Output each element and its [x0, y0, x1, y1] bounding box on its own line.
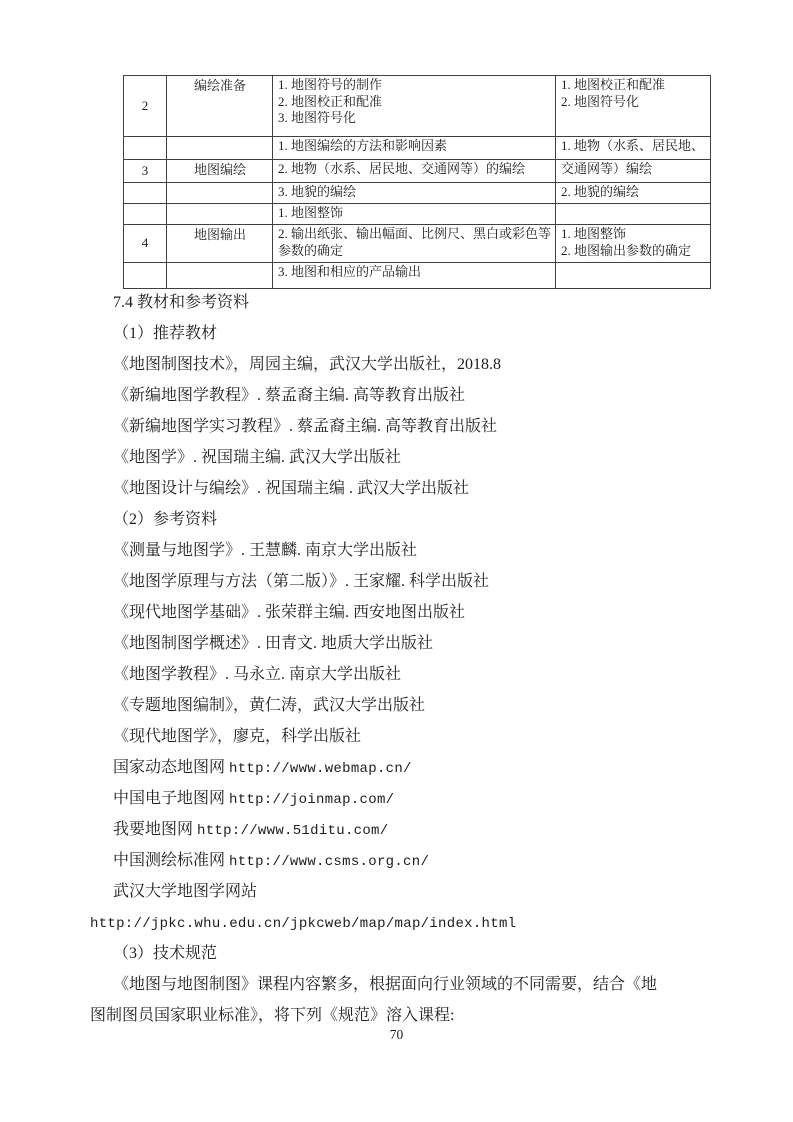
- reference-item: 《地图设计与编绘》. 祝国瑞主编 . 武汉大学出版社: [90, 473, 705, 504]
- cell-category: 地图输出: [167, 225, 273, 263]
- subsection-heading-1: （1）推荐教材: [90, 318, 705, 349]
- table-row: 2编绘准备1. 地图符号的制作 2. 地图校正和配准 3. 地图符号化1. 地图…: [124, 76, 711, 137]
- reference-item: 《新编地图学实习教程》. 蔡孟裔主编. 高等教育出版社: [90, 411, 705, 442]
- reference-item-text: 《新编地图学实习教程》. 蔡孟裔主编. 高等教育出版社: [113, 418, 497, 435]
- cell-skill-requirements: 1. 地物（水系、居民地、: [556, 137, 711, 160]
- cell-index: 4: [124, 225, 167, 263]
- reference-item-text: 《地图学原理与方法（第二版）》. 王家耀. 科学出版社: [113, 573, 489, 590]
- table-row: 3. 地貌的编绘2. 地貌的编绘: [124, 183, 711, 204]
- cell-skill-requirements: [556, 204, 711, 225]
- table-row: 3地图编绘2. 地物（水系、居民地、交通网等）的编绘交通网等）编绘: [124, 160, 711, 183]
- reference-item-text: 《测量与地图学》. 王慧麟. 南京大学出版社: [113, 542, 417, 559]
- url-text: http://www.51ditu.com/: [197, 823, 388, 839]
- url-text: http://www.csms.org.cn/: [229, 854, 429, 870]
- website-line-text: 武汉大学地图学网站: [113, 883, 257, 900]
- paragraph-line-text: 《地图与地图制图》课程内容繁多，根据面向行业领域的不同需要，结合《地: [113, 976, 657, 993]
- website-line: 我要地图网 http://www.51ditu.com/: [90, 814, 705, 845]
- website-line-text: 国家动态地图网: [113, 759, 229, 776]
- cell-work-tasks: 1. 地图编绘的方法和影响因素: [273, 137, 556, 160]
- cell-index: [124, 183, 167, 204]
- subsection-heading-3: （3）技术规范: [90, 938, 705, 969]
- reference-item: 《专题地图编制》，黄仁涛，武汉大学出版社: [90, 690, 705, 721]
- cell-skill-requirements: 1. 地图整饰 2. 地图输出参数的确定: [556, 225, 711, 263]
- cell-skill-requirements: 1. 地图校正和配准 2. 地图符号化: [556, 76, 711, 137]
- reference-item: 《地图学原理与方法（第二版）》. 王家耀. 科学出版社: [90, 566, 705, 597]
- website-line: http://jpkc.whu.edu.cn/jpkcweb/map/map/i…: [90, 907, 705, 938]
- subsection-heading-3-text: （3）技术规范: [113, 945, 217, 962]
- cell-category: [167, 263, 273, 289]
- reference-item: 《地图制图学概述》. 田青文. 地质大学出版社: [90, 628, 705, 659]
- website-line: 国家动态地图网 http://www.webmap.cn/: [90, 752, 705, 783]
- course-content-table-body: 2编绘准备1. 地图符号的制作 2. 地图校正和配准 3. 地图符号化1. 地图…: [124, 76, 711, 289]
- cell-work-tasks: 2. 地物（水系、居民地、交通网等）的编绘: [273, 160, 556, 183]
- website-line: 中国电子地图网 http://joinmap.com/: [90, 783, 705, 814]
- reference-item-text: 《地图制图学概述》. 田青文. 地质大学出版社: [113, 635, 433, 652]
- reference-item-text: 《专题地图编制》，黄仁涛，武汉大学出版社: [113, 697, 425, 714]
- cell-index: [124, 137, 167, 160]
- reference-item-text: 《地图学教程》. 马永立. 南京大学出版社: [113, 666, 401, 683]
- cell-skill-requirements: 交通网等）编绘: [556, 160, 711, 183]
- website-line-text: 中国电子地图网: [113, 790, 229, 807]
- website-line: 中国测绘标准网 http://www.csms.org.cn/: [90, 845, 705, 876]
- cell-work-tasks: 1. 地图整饰: [273, 204, 556, 225]
- cell-work-tasks: 1. 地图符号的制作 2. 地图校正和配准 3. 地图符号化: [273, 76, 556, 137]
- subsection-heading-2: （2）参考资料: [90, 504, 705, 535]
- reference-item-text: 《地图制图技术》，周园主编，武汉大学出版社，2018.8: [113, 356, 501, 373]
- website-line: 武汉大学地图学网站: [90, 876, 705, 907]
- reference-item-text: 《现代地图学》，廖克，科学出版社: [113, 728, 361, 745]
- reference-item-text: 《新编地图学教程》. 蔡孟裔主编. 高等教育出版社: [113, 387, 465, 404]
- cell-index: 2: [124, 76, 167, 137]
- table-row: 3. 地图和相应的产品输出: [124, 263, 711, 289]
- reference-item-text: 《地图设计与编绘》. 祝国瑞主编 . 武汉大学出版社: [113, 480, 469, 497]
- url-text: http://joinmap.com/: [229, 792, 394, 808]
- reference-item-text: 《地图学》. 祝国瑞主编. 武汉大学出版社: [113, 449, 401, 466]
- paragraph-line-text: 图制图员国家职业标准》，将下列《规范》溶入课程:: [90, 1007, 454, 1024]
- url-text: http://jpkc.whu.edu.cn/jpkcweb/map/map/i…: [90, 916, 516, 932]
- cell-category: [167, 183, 273, 204]
- subsection-heading-1-text: （1）推荐教材: [113, 325, 217, 342]
- cell-work-tasks: 2. 输出纸张、输出幅面、比例尺、黑白或彩色等 参数的确定: [273, 225, 556, 263]
- reference-item: 《地图学教程》. 马永立. 南京大学出版社: [90, 659, 705, 690]
- table-row: 1. 地图编绘的方法和影响因素1. 地物（水系、居民地、: [124, 137, 711, 160]
- reference-item: 《地图学》. 祝国瑞主编. 武汉大学出版社: [90, 442, 705, 473]
- table-row: 1. 地图整饰: [124, 204, 711, 225]
- course-content-table: 2编绘准备1. 地图符号的制作 2. 地图校正和配准 3. 地图符号化1. 地图…: [123, 75, 711, 289]
- website-line-text: 我要地图网: [113, 821, 197, 838]
- reference-item: 《现代地图学》，廖克，科学出版社: [90, 721, 705, 752]
- url-text: http://www.webmap.cn/: [229, 761, 412, 777]
- section-heading-7-4-text: 7.4 教材和参考资料: [113, 294, 249, 311]
- paragraph-line: 《地图与地图制图》课程内容繁多，根据面向行业领域的不同需要，结合《地: [90, 969, 705, 1000]
- cell-index: [124, 263, 167, 289]
- cell-index: [124, 204, 167, 225]
- cell-category: 编绘准备: [167, 76, 273, 137]
- reference-item: 《测量与地图学》. 王慧麟. 南京大学出版社: [90, 535, 705, 566]
- cell-work-tasks: 3. 地貌的编绘: [273, 183, 556, 204]
- cell-skill-requirements: 2. 地貌的编绘: [556, 183, 711, 204]
- reference-item: 《现代地图学基础》. 张荣群主编. 西安地图出版社: [90, 597, 705, 628]
- document-page: 2编绘准备1. 地图符号的制作 2. 地图校正和配准 3. 地图符号化1. 地图…: [0, 0, 793, 1122]
- cell-category: [167, 137, 273, 160]
- reference-item: 《新编地图学教程》. 蔡孟裔主编. 高等教育出版社: [90, 380, 705, 411]
- table-row: 4地图输出2. 输出纸张、输出幅面、比例尺、黑白或彩色等 参数的确定1. 地图整…: [124, 225, 711, 263]
- cell-skill-requirements: [556, 263, 711, 289]
- cell-category: [167, 204, 273, 225]
- cell-category: 地图编绘: [167, 160, 273, 183]
- reference-item: 《地图制图技术》，周园主编，武汉大学出版社，2018.8: [90, 349, 705, 380]
- cell-work-tasks: 3. 地图和相应的产品输出: [273, 263, 556, 289]
- reference-item-text: 《现代地图学基础》. 张荣群主编. 西安地图出版社: [113, 604, 465, 621]
- subsection-heading-2-text: （2）参考资料: [113, 511, 217, 528]
- cell-index: 3: [124, 160, 167, 183]
- body-text: 7.4 教材和参考资料（1）推荐教材《地图制图技术》，周园主编，武汉大学出版社，…: [90, 287, 705, 1031]
- section-heading-7-4: 7.4 教材和参考资料: [90, 287, 705, 318]
- page-number: 70: [0, 1027, 793, 1043]
- website-line-text: 中国测绘标准网: [113, 852, 229, 869]
